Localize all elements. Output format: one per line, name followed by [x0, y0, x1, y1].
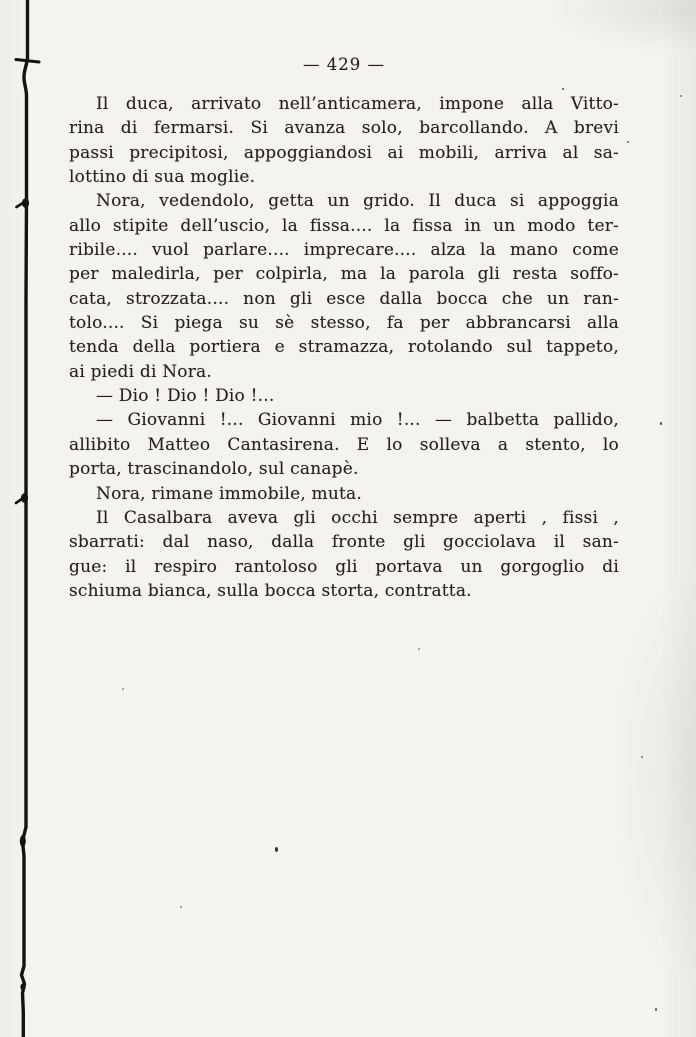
text-line: allo stipite dell’uscio, la fissa.... la… [69, 214, 619, 238]
text-line: schiuma bianca, sulla bocca storta, cont… [69, 579, 619, 603]
binding-crossbar [16, 60, 39, 63]
binding-knot-3 [20, 835, 26, 847]
text-block: Il duca, arrivato nell’anticamera, impon… [69, 92, 619, 603]
text-line: rina di fermarsi. Si avanza solo, barcol… [69, 116, 619, 140]
page-content: — 429 — Il duca, arrivato nell’anticamer… [69, 54, 619, 603]
text-line: — Giovanni !... Giovanni mio !... — balb… [69, 408, 619, 432]
scan-speck [680, 95, 682, 97]
text-line: lottino di sua moglie. [69, 165, 619, 189]
scan-speck [122, 688, 124, 690]
text-line: passi precipitosi, appoggiandosi ai mobi… [69, 141, 619, 165]
text-line: gue: il respiro rantoloso gli portava un… [69, 555, 619, 579]
scan-speck [655, 1008, 657, 1011]
text-line: Nora, rimane immobile, muta. [69, 482, 619, 506]
text-line: per maledirla, per colpirla, ma la parol… [69, 262, 619, 286]
scan-speck [562, 88, 564, 90]
binding-knot-1 [22, 198, 29, 208]
text-line: porta, trascinandolo, sul canapè. [69, 457, 619, 481]
binding-thread-line [22, 0, 28, 1037]
binding-thread-illustration [0, 0, 50, 1037]
scan-speck [180, 906, 182, 908]
text-line: sbarrati: dal naso, dalla fronte gli goc… [69, 530, 619, 554]
text-line: ai piedi di Nora. [69, 360, 619, 384]
scan-speck [660, 422, 662, 425]
scan-speck [627, 141, 629, 143]
scanned-book-page: — 429 — Il duca, arrivato nell’anticamer… [0, 0, 696, 1037]
scan-speck [641, 756, 643, 758]
text-line: tenda della portiera e stramazza, rotola… [69, 335, 619, 359]
page-number: — 429 — [69, 54, 619, 76]
text-line: Nora, vedendolo, getta un grido. Il duca… [69, 189, 619, 213]
text-line: tolo.... Si piega su sè stesso, fa per a… [69, 311, 619, 335]
text-line: — Dio ! Dio ! Dio !... [69, 384, 619, 408]
text-line: Il duca, arrivato nell’anticamera, impon… [69, 92, 619, 116]
scan-speck [418, 648, 420, 650]
text-line: Il Casalbara aveva gli occhi sempre aper… [69, 506, 619, 530]
binding-knot-4 [20, 983, 25, 991]
binding-knot-2 [21, 493, 28, 503]
text-line: allibito Matteo Cantasirena. E lo sollev… [69, 433, 619, 457]
text-line: ribile.... vuol parlare.... imprecare...… [69, 238, 619, 262]
text-line: cata, strozzata.... non gli esce dalla b… [69, 287, 619, 311]
scan-speck [275, 847, 278, 852]
